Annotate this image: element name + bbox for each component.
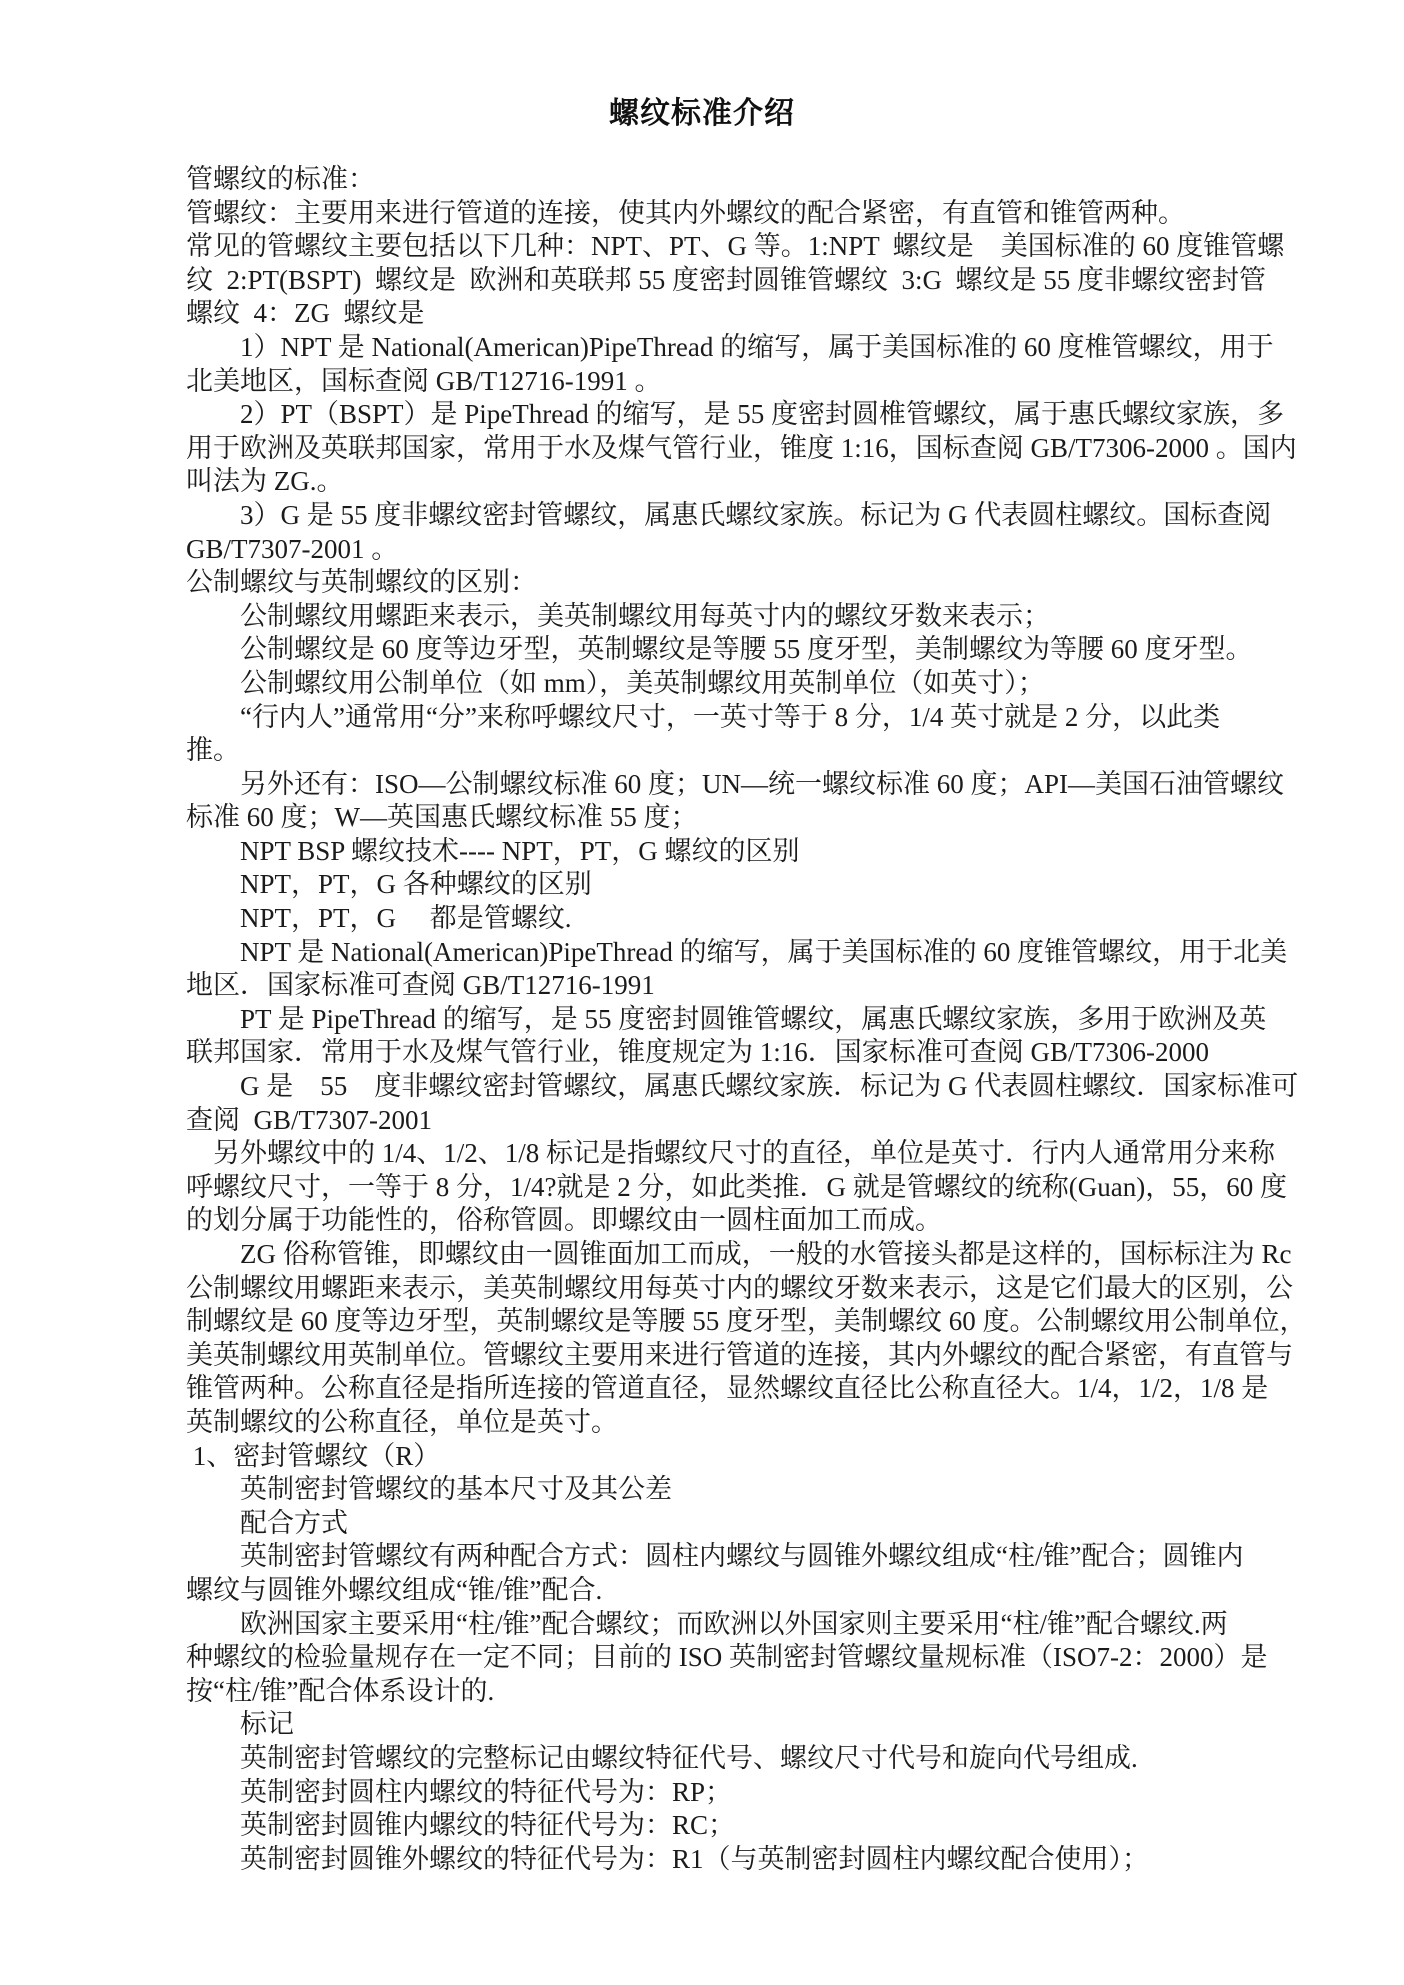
text-line: 呼螺纹尺寸，一等于 8 分，1/4?就是 2 分，如此类推．G 就是管螺纹的统称… [186, 1171, 1276, 1205]
text-line: 公制螺纹用公制单位（如 mm），美英制螺纹用英制单位（如英寸）； [186, 667, 1276, 701]
text-line: 公制螺纹用螺距来表示，美英制螺纹用每英寸内的螺纹牙数来表示，这是它们最大的区别，… [186, 1272, 1276, 1306]
text-line: 配合方式 [186, 1507, 1276, 1541]
text-line: 管螺纹的标准： [186, 163, 1276, 197]
document-body: 管螺纹的标准：管螺纹：主要用来进行管道的连接，使其内外螺纹的配合紧密，有直管和锥… [186, 163, 1276, 1876]
text-line: 公制螺纹是 60 度等边牙型，英制螺纹是等腰 55 度牙型，美制螺纹为等腰 60… [186, 633, 1276, 667]
text-line: PT 是 PipeThread 的缩写，是 55 度密封圆锥管螺纹，属惠氏螺纹家… [186, 1003, 1276, 1037]
text-line: 用于欧洲及英联邦国家，常用于水及煤气管行业，锥度 1:16，国标查阅 GB/T7… [186, 432, 1276, 466]
text-line: 另外还有：ISO—公制螺纹标准 60 度；UN—统一螺纹标准 60 度；API—… [186, 768, 1276, 802]
text-line: NPT BSP 螺纹技术---- NPT，PT，G 螺纹的区别 [186, 835, 1276, 869]
text-line: 的划分属于功能性的，俗称管圆。即螺纹由一圆柱面加工而成。 [186, 1204, 1276, 1238]
text-line: 1、密封管螺纹（R） [186, 1440, 1276, 1474]
text-line: 美英制螺纹用英制单位。管螺纹主要用来进行管道的连接，其内外螺纹的配合紧密，有直管… [186, 1339, 1276, 1373]
text-line: 螺纹 4：ZG 螺纹是 [186, 297, 1276, 331]
text-line: 英制密封管螺纹的完整标记由螺纹特征代号、螺纹尺寸代号和旋向代号组成. [186, 1742, 1276, 1776]
text-line: 联邦国家．常用于水及煤气管行业，锥度规定为 1:16．国家标准可查阅 GB/T7… [186, 1036, 1276, 1070]
text-line: NPT，PT，G 各种螺纹的区别 [186, 868, 1276, 902]
text-line: 英制螺纹的公称直径，单位是英寸。 [186, 1406, 1276, 1440]
text-line: 英制密封管螺纹有两种配合方式：圆柱内螺纹与圆锥外螺纹组成“柱/锥”配合；圆锥内 [186, 1540, 1276, 1574]
text-line: 常见的管螺纹主要包括以下几种：NPT、PT、G 等。1:NPT 螺纹是 美国标准… [186, 230, 1276, 264]
text-line: 叫法为 ZG.。 [186, 465, 1276, 499]
text-line: 英制密封管螺纹的基本尺寸及其公差 [186, 1473, 1276, 1507]
text-line: 纹 2:PT(BSPT) 螺纹是 欧洲和英联邦 55 度密封圆锥管螺纹 3:G … [186, 264, 1276, 298]
text-line: 标准 60 度；W—英国惠氏螺纹标准 55 度； [186, 801, 1276, 835]
text-line: NPT 是 National(American)PipeThread 的缩写，属… [186, 936, 1276, 970]
text-line: ZG 俗称管锥，即螺纹由一圆锥面加工而成，一般的水管接头都是这样的，国标标注为 … [186, 1238, 1276, 1272]
text-line: 公制螺纹用螺距来表示，美英制螺纹用每英寸内的螺纹牙数来表示； [186, 600, 1276, 634]
text-line: 锥管两种。公称直径是指所连接的管道直径，显然螺纹直径比公称直径大。1/4，1/2… [186, 1372, 1276, 1406]
text-line: 英制密封圆柱内螺纹的特征代号为：RP； [186, 1776, 1276, 1810]
text-line: GB/T7307-2001 。 [186, 533, 1276, 567]
text-line: 3）G 是 55 度非螺纹密封管螺纹，属惠氏螺纹家族。标记为 G 代表圆柱螺纹。… [186, 499, 1276, 533]
text-line: 管螺纹：主要用来进行管道的连接，使其内外螺纹的配合紧密，有直管和锥管两种。 [186, 197, 1276, 231]
text-line: 英制密封圆锥内螺纹的特征代号为：RC； [186, 1809, 1276, 1843]
text-line: 2）PT（BSPT）是 PipeThread 的缩写，是 55 度密封圆椎管螺纹… [186, 398, 1276, 432]
text-line: “行内人”通常用“分”来称呼螺纹尺寸，一英寸等于 8 分，1/4 英寸就是 2 … [186, 701, 1276, 735]
text-line: 地区．国家标准可查阅 GB/T12716-1991 [186, 969, 1276, 1003]
text-line: 公制螺纹与英制螺纹的区别： [186, 566, 1276, 600]
document-page: 螺纹标准介绍 管螺纹的标准：管螺纹：主要用来进行管道的连接，使其内外螺纹的配合紧… [0, 0, 1404, 1985]
text-line: G 是 55 度非螺纹密封管螺纹，属惠氏螺纹家族．标记为 G 代表圆柱螺纹．国家… [186, 1070, 1276, 1104]
text-line: 种螺纹的检验量规存在一定不同；目前的 ISO 英制密封管螺纹量规标准（ISO7-… [186, 1641, 1276, 1675]
text-line: 螺纹与圆锥外螺纹组成“锥/锥”配合. [186, 1574, 1276, 1608]
text-line: 制螺纹是 60 度等边牙型，英制螺纹是等腰 55 度牙型，美制螺纹 60 度。公… [186, 1305, 1276, 1339]
text-line: 北美地区，国标查阅 GB/T12716-1991 。 [186, 365, 1276, 399]
text-line: 1）NPT 是 National(American)PipeThread 的缩写… [186, 331, 1276, 365]
text-line: 查阅 GB/T7307-2001 [186, 1104, 1276, 1138]
text-line: 另外螺纹中的 1/4、1/2、1/8 标记是指螺纹尺寸的直径，单位是英寸．行内人… [186, 1137, 1276, 1171]
document-title: 螺纹标准介绍 [0, 88, 1404, 132]
text-line: 欧洲国家主要采用“柱/锥”配合螺纹；而欧洲以外国家则主要采用“柱/锥”配合螺纹.… [186, 1608, 1276, 1642]
text-line: 英制密封圆锥外螺纹的特征代号为：R1（与英制密封圆柱内螺纹配合使用）； [186, 1843, 1276, 1877]
text-line: NPT，PT，G 都是管螺纹. [186, 902, 1276, 936]
text-line: 标记 [186, 1708, 1276, 1742]
text-line: 推。 [186, 734, 1276, 768]
text-line: 按“柱/锥”配合体系设计的. [186, 1675, 1276, 1709]
